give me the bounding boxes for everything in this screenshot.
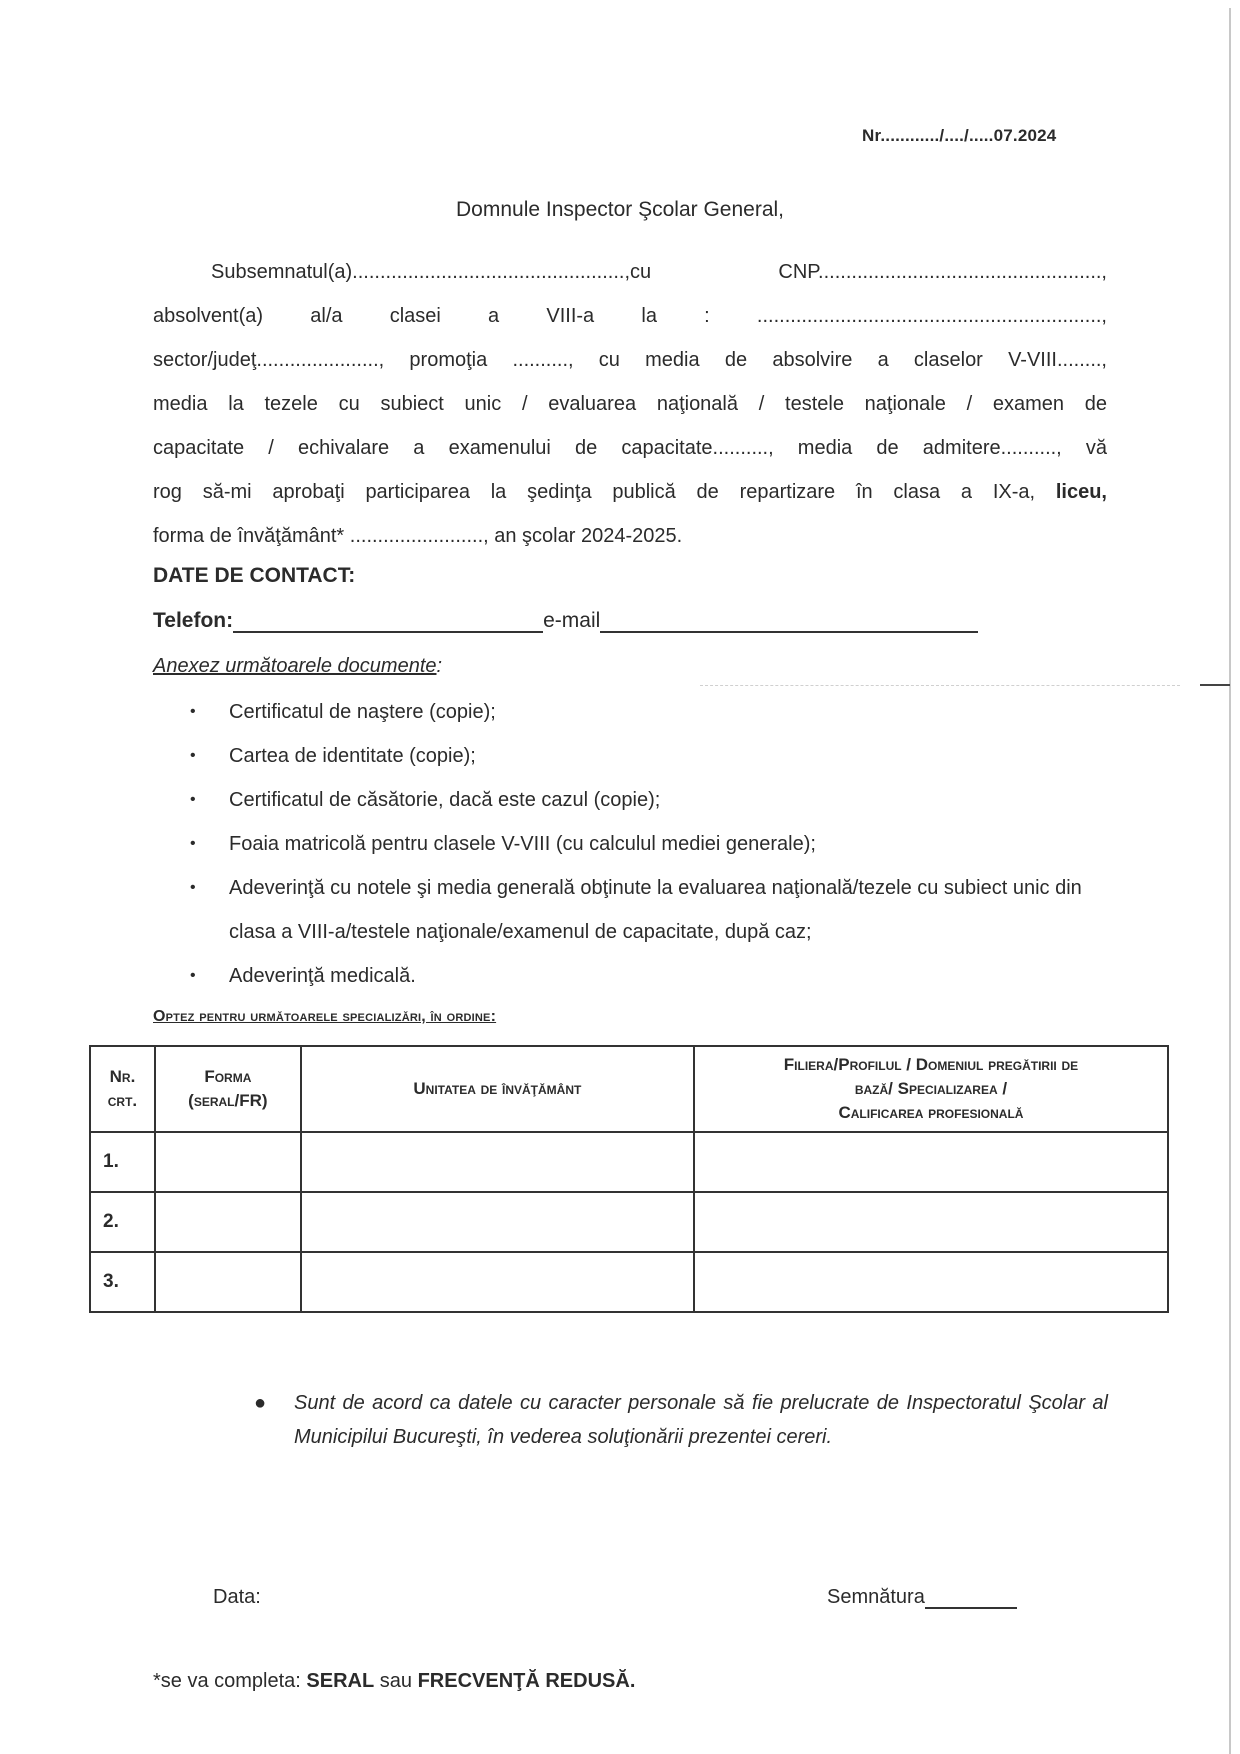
annex-title-text: Anexez următoarele documente bbox=[153, 655, 437, 677]
annex-title: Anexez următoarele documente: bbox=[153, 655, 442, 678]
scan-artifact bbox=[700, 685, 1180, 687]
scan-artifact-mark bbox=[1200, 684, 1230, 686]
footnote-prefix: *se va completa: bbox=[153, 1670, 306, 1692]
signature-row: Semnătura bbox=[827, 1586, 1017, 1609]
signature-field[interactable] bbox=[925, 1587, 1017, 1609]
liceu-bold: liceu, bbox=[1056, 481, 1107, 503]
header-line: (seral/FR) bbox=[162, 1089, 294, 1113]
list-item: Foaia matricolă pentru clasele V-VIII (c… bbox=[186, 822, 1116, 866]
bullet-icon: ● bbox=[254, 1386, 266, 1420]
body-line-exams: media la tezele cu subiect unic / evalua… bbox=[153, 382, 1107, 426]
body-line-request: rog să-mi aprobaţi participarea la şedin… bbox=[153, 470, 1107, 514]
header-nr-crt: Nr. crt. bbox=[90, 1046, 155, 1132]
body-line-form[interactable]: forma de învăţământ* ...................… bbox=[153, 514, 1107, 558]
phone-field[interactable] bbox=[233, 611, 543, 633]
request-paragraph: Subsemnatul(a)..........................… bbox=[153, 250, 1107, 558]
header-line: Calificarea profesională bbox=[701, 1101, 1161, 1125]
header-line: bază/ Specializarea / bbox=[701, 1077, 1161, 1101]
table-row: 2. bbox=[90, 1192, 1168, 1252]
scan-edge-line bbox=[1229, 8, 1231, 1754]
header-line: Nr. bbox=[97, 1065, 148, 1089]
consent-text: Sunt de acord ca datele cu caracter pers… bbox=[258, 1386, 1108, 1454]
cell-filiera[interactable] bbox=[694, 1252, 1168, 1312]
cell-forma[interactable] bbox=[155, 1192, 301, 1252]
cell-unitatea[interactable] bbox=[301, 1252, 694, 1312]
footnote-middle: sau bbox=[374, 1670, 417, 1692]
cell-unitatea[interactable] bbox=[301, 1132, 694, 1192]
list-item: Adeverinţă cu notele şi media generală o… bbox=[186, 866, 1116, 954]
cell-nr: 1. bbox=[90, 1132, 155, 1192]
table-header-row: Nr. crt. Forma (seral/FR) Unitatea de în… bbox=[90, 1046, 1168, 1132]
body-line-admission[interactable]: capacitate / echivalare a examenului de … bbox=[153, 426, 1107, 470]
header-line: Filiera/Profilul / Domeniul pregătirii d… bbox=[701, 1053, 1161, 1077]
table-row: 3. bbox=[90, 1252, 1168, 1312]
footnote-option-seral: SERAL bbox=[306, 1670, 374, 1692]
body-line-request-text: rog să-mi aprobaţi participarea la şedin… bbox=[153, 481, 1035, 503]
cell-unitatea[interactable] bbox=[301, 1192, 694, 1252]
header-forma: Forma (seral/FR) bbox=[155, 1046, 301, 1132]
header-line: Unitatea de învăţământ bbox=[308, 1077, 687, 1101]
body-line-school[interactable]: absolvent(a) al/a clasei a VIII-a la : .… bbox=[153, 294, 1107, 338]
header-unitatea: Unitatea de învăţământ bbox=[301, 1046, 694, 1132]
options-title: Optez pentru următoarele specializări, î… bbox=[153, 1008, 496, 1026]
consent-statement: ● Sunt de acord ca datele cu caracter pe… bbox=[258, 1386, 1108, 1454]
contact-row: Telefon: e-mail bbox=[153, 609, 978, 633]
list-item: Certificatul de căsătorie, dacă este caz… bbox=[186, 778, 1116, 822]
body-line-county-grades[interactable]: sector/judeţ......................, prom… bbox=[153, 338, 1107, 382]
body-line-name-cnp[interactable]: Subsemnatul(a)..........................… bbox=[153, 250, 1107, 294]
annex-title-colon: : bbox=[437, 655, 443, 677]
signature-label: Semnătura bbox=[827, 1586, 925, 1609]
specializations-table: Nr. crt. Forma (seral/FR) Unitatea de în… bbox=[89, 1045, 1169, 1313]
email-field[interactable] bbox=[600, 611, 978, 633]
cell-forma[interactable] bbox=[155, 1132, 301, 1192]
footnote-option-fr: FRECVENŢĂ REDUSĂ. bbox=[418, 1670, 636, 1692]
registration-number: Nr............/..../.....07.2024 bbox=[862, 126, 1056, 146]
cell-nr: 3. bbox=[90, 1252, 155, 1312]
salutation: Domnule Inspector Şcolar General, bbox=[0, 198, 1240, 222]
email-label: e-mail bbox=[543, 609, 600, 633]
header-filiera: Filiera/Profilul / Domeniul pregătirii d… bbox=[694, 1046, 1168, 1132]
list-item: Cartea de identitate (copie); bbox=[186, 734, 1116, 778]
header-line: crt. bbox=[97, 1089, 148, 1113]
cell-forma[interactable] bbox=[155, 1252, 301, 1312]
cell-filiera[interactable] bbox=[694, 1132, 1168, 1192]
contact-section-title: DATE DE CONTACT: bbox=[153, 564, 355, 588]
list-item: Certificatul de naştere (copie); bbox=[186, 690, 1116, 734]
phone-label: Telefon: bbox=[153, 609, 233, 633]
header-line: Forma bbox=[162, 1065, 294, 1089]
footnote: *se va completa: SERAL sau FRECVENŢĂ RED… bbox=[153, 1670, 635, 1693]
cell-nr: 2. bbox=[90, 1192, 155, 1252]
list-item: Adeverinţă medicală. bbox=[186, 954, 1116, 998]
table-row: 1. bbox=[90, 1132, 1168, 1192]
annex-document-list: Certificatul de naştere (copie); Cartea … bbox=[186, 690, 1116, 998]
date-label: Data: bbox=[213, 1586, 261, 1609]
cell-filiera[interactable] bbox=[694, 1192, 1168, 1252]
